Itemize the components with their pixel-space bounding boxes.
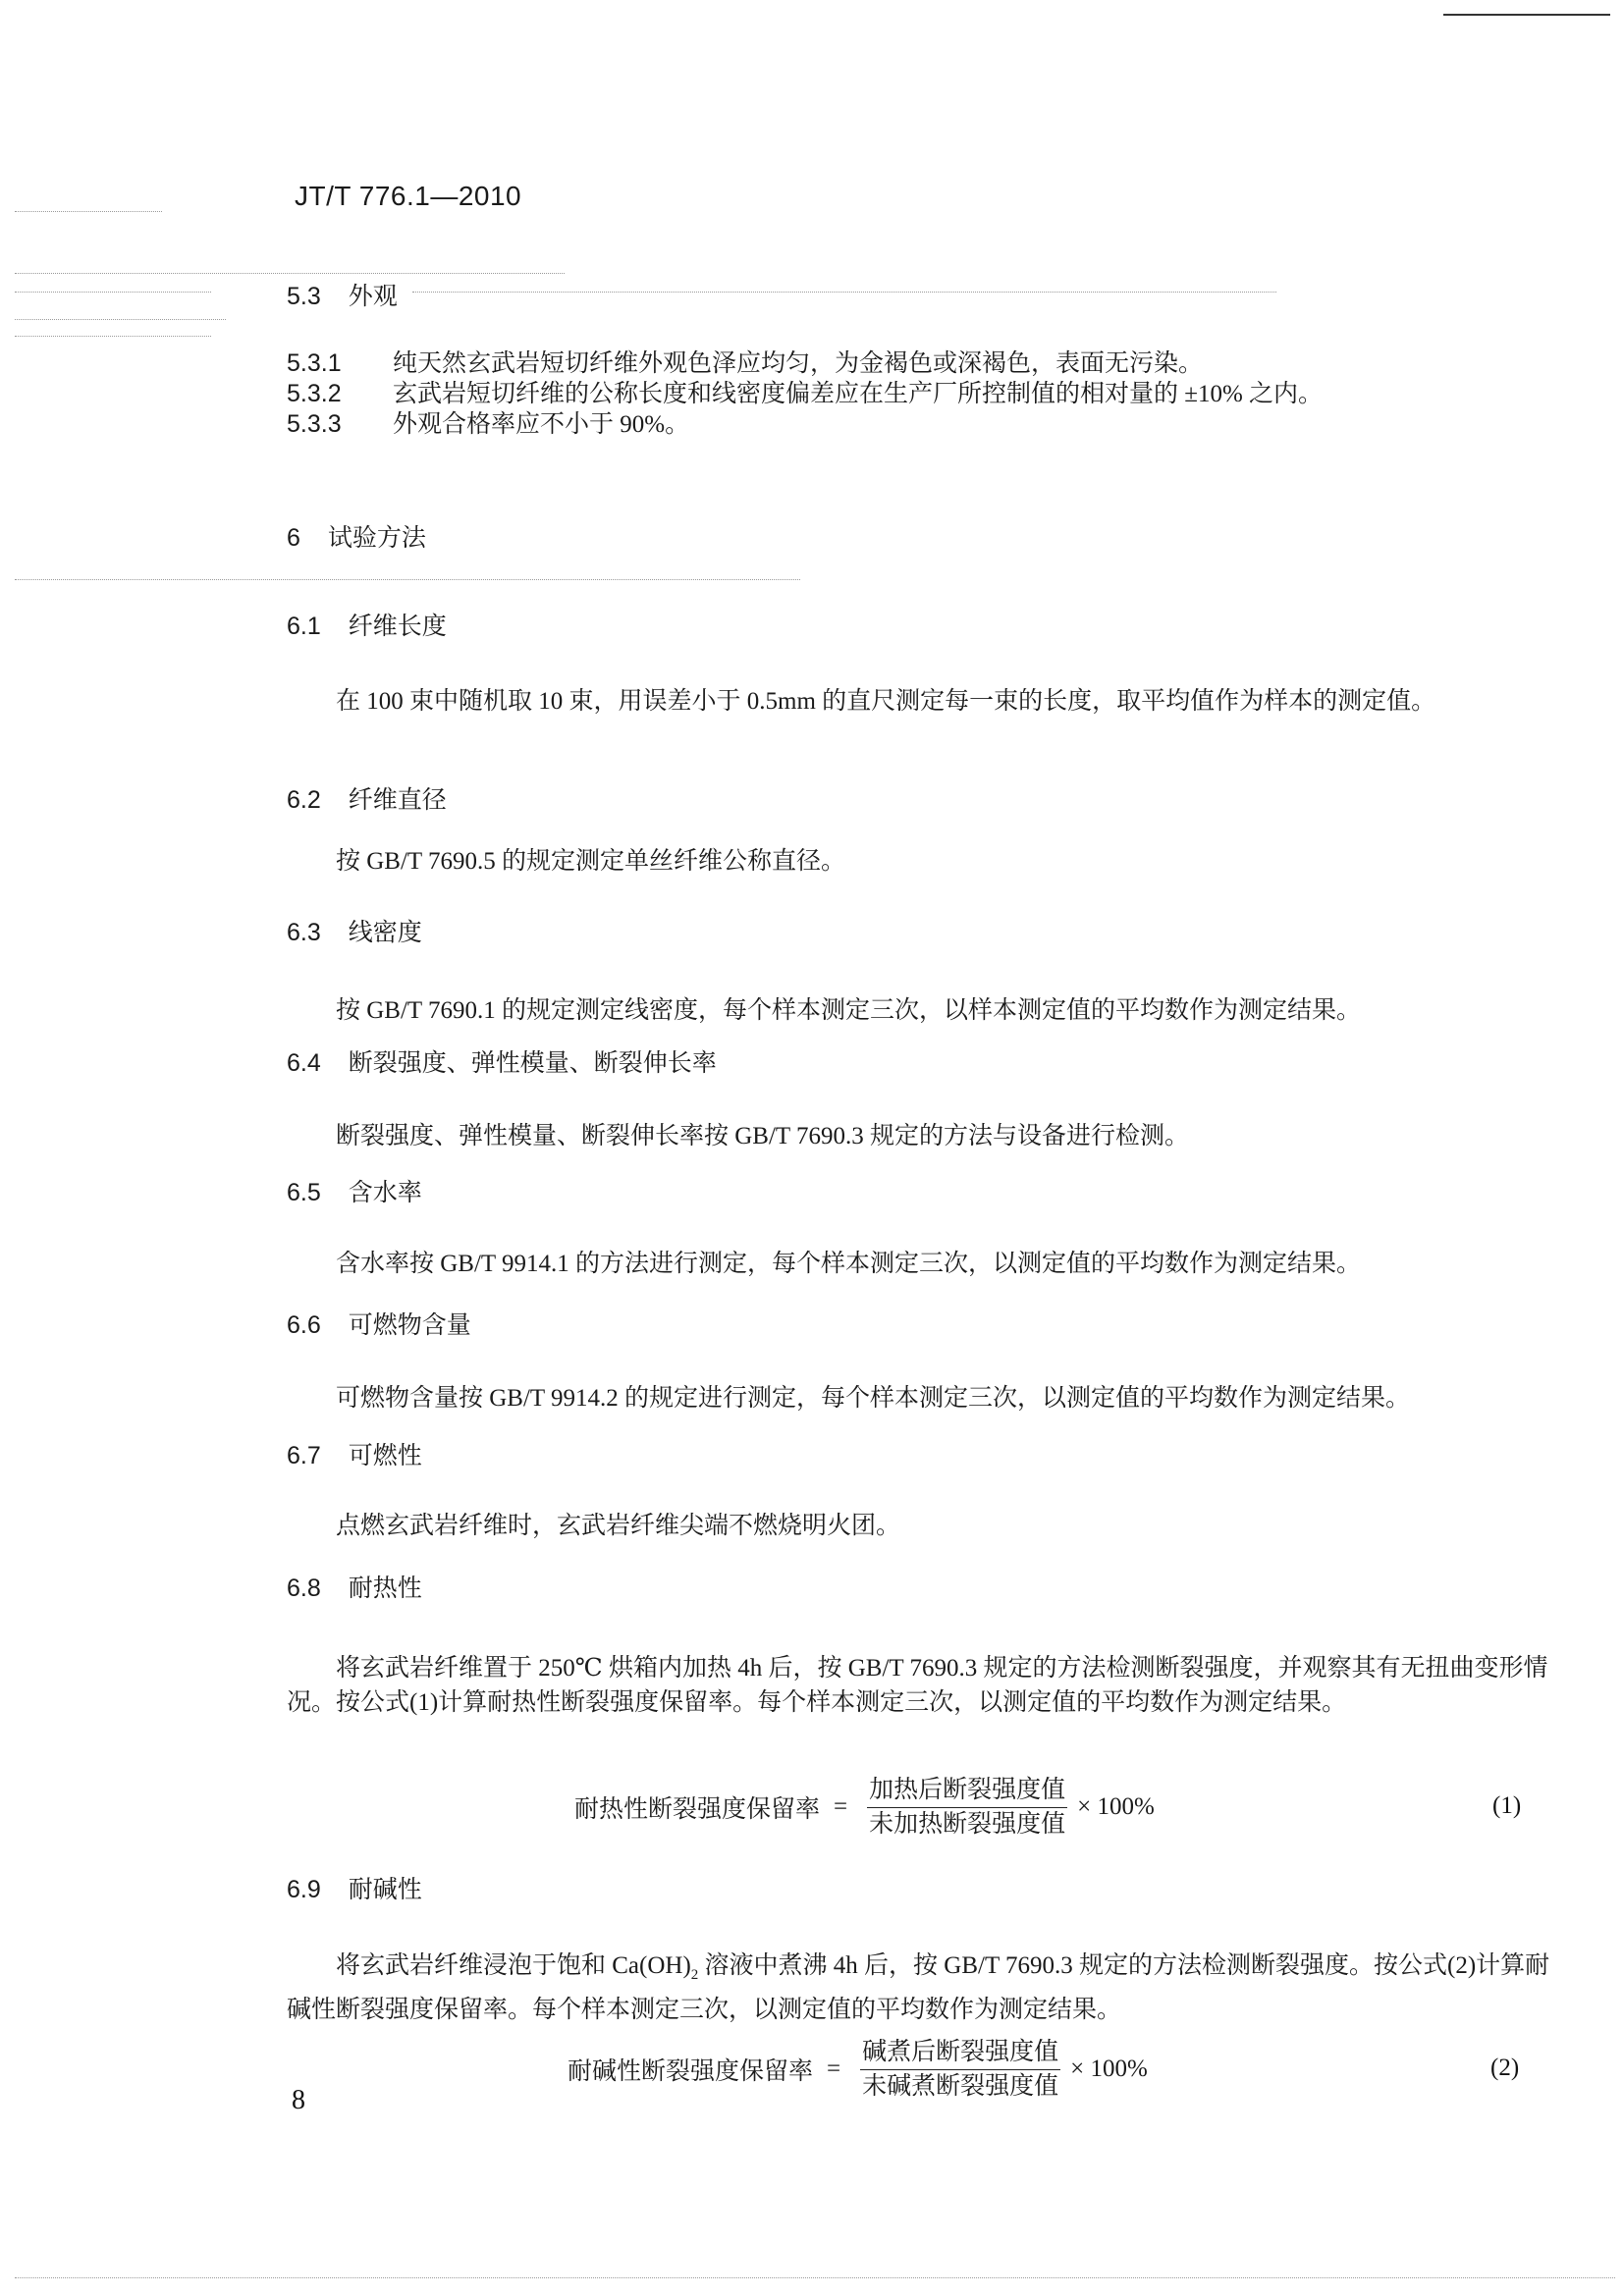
section-title: 线密度 xyxy=(349,919,422,946)
formula-factor: × 100% xyxy=(1070,2056,1148,2083)
scan-artifact xyxy=(412,292,1276,293)
clause-text: 玄武岩短切纤维的公称长度和线密度偏差应在生产厂所控制值的相对量的 ±10% 之内… xyxy=(393,381,1323,407)
paragraph-text: 断裂强度、弹性模量、断裂伸长率按 GB/T 7690.3 规定的方法与设备进行检… xyxy=(336,1123,1189,1149)
section-heading-6-8: 6.8耐热性 xyxy=(287,1569,422,1604)
page-number: 8 xyxy=(292,2085,305,2116)
numerator: 加热后断裂强度值 xyxy=(867,1776,1067,1808)
paragraph-6-3: 按 GB/T 7690.1 的规定测定线密度，每个样本测定三次，以样本测定值的平… xyxy=(287,993,1563,1028)
section-title: 耐热性 xyxy=(349,1575,422,1602)
document-code-header: JT/T 776.1—2010 xyxy=(295,181,521,212)
formula-lhs: 耐碱性断裂强度保留率 xyxy=(568,2052,813,2087)
scan-artifact xyxy=(15,292,211,293)
paragraph-6-6: 可燃物含量按 GB/T 9914.2 的规定进行测定，每个样本测定三次，以测定值… xyxy=(287,1381,1563,1415)
numerator: 碱煮后断裂强度值 xyxy=(860,2038,1060,2070)
section-heading-6-4: 6.4断裂强度、弹性模量、断裂伸长率 xyxy=(287,1043,717,1079)
section-title: 纤维长度 xyxy=(349,613,447,640)
section-heading-6-6: 6.6可燃物含量 xyxy=(287,1306,471,1341)
paragraph-6-1: 在 100 束中随机取 10 束，用误差小于 0.5mm 的直尺测定每一束的长度… xyxy=(287,684,1563,719)
equation-number-1: (1) xyxy=(1492,1792,1521,1820)
fraction: 碱煮后断裂强度值 未碱煮断裂强度值 xyxy=(860,2038,1060,2102)
scan-artifact xyxy=(15,2277,1615,2278)
scan-artifact xyxy=(15,211,162,212)
denominator: 未碱煮断裂强度值 xyxy=(862,2070,1058,2102)
section-title: 耐碱性 xyxy=(349,1876,422,1903)
paragraph-text: 含水率按 GB/T 9914.1 的方法进行测定，每个样本测定三次，以测定值的平… xyxy=(336,1251,1361,1277)
section-title: 断裂强度、弹性模量、断裂伸长率 xyxy=(349,1049,717,1077)
section-number: 6.3 xyxy=(287,919,321,947)
paragraph-6-8: 将玄武岩纤维置于 250℃ 烘箱内加热 4h 后，按 GB/T 7690.3 规… xyxy=(287,1651,1563,1720)
paragraph-text: 在 100 束中随机取 10 束，用误差小于 0.5mm 的直尺测定每一束的长度… xyxy=(336,688,1435,715)
section-number: 6.6 xyxy=(287,1311,321,1340)
paragraph-text-a: 将玄武岩纤维浸泡于饱和 Ca(OH) xyxy=(336,1952,691,1979)
paragraph-6-2: 按 GB/T 7690.5 的规定测定单丝纤维公称直径。 xyxy=(287,844,1563,879)
section-number: 6 xyxy=(287,524,300,553)
formula-2: 耐碱性断裂强度保留率 = 碱煮后断裂强度值 未碱煮断裂强度值 × 100% xyxy=(568,2034,1148,2105)
section-number: 6.2 xyxy=(287,786,321,815)
section-number: 6.5 xyxy=(287,1179,321,1207)
section-heading-6-5: 6.5含水率 xyxy=(287,1173,422,1208)
equation-number-2: (2) xyxy=(1490,2055,1519,2082)
paragraph-6-4: 断裂强度、弹性模量、断裂伸长率按 GB/T 7690.3 规定的方法与设备进行检… xyxy=(287,1119,1563,1153)
paragraph-text: 点燃玄武岩纤维时，玄武岩纤维尖端不燃烧明火团。 xyxy=(336,1513,900,1539)
section-heading-6: 6试验方法 xyxy=(287,518,426,554)
section-number: 6.9 xyxy=(287,1876,321,1904)
section-title: 外观 xyxy=(349,283,398,310)
section-heading-6-7: 6.7可燃性 xyxy=(287,1436,422,1471)
denominator: 未加热断裂强度值 xyxy=(869,1808,1065,1840)
paragraph-text: 将玄武岩纤维置于 250℃ 烘箱内加热 4h 后，按 GB/T 7690.3 规… xyxy=(287,1655,1547,1716)
paragraph-text: 可燃物含量按 GB/T 9914.2 的规定进行测定，每个样本测定三次，以测定值… xyxy=(336,1385,1410,1412)
section-title: 可燃物含量 xyxy=(349,1311,471,1339)
section-number: 6.4 xyxy=(287,1049,321,1078)
clause-text: 纯天然玄武岩短切纤维外观色泽应均匀，为金褐色或深褐色，表面无污染。 xyxy=(393,350,1203,377)
paragraph-6-7: 点燃玄武岩纤维时，玄武岩纤维尖端不燃烧明火团。 xyxy=(287,1509,1563,1543)
section-title: 纤维直径 xyxy=(349,786,447,814)
section-heading-6-9: 6.9耐碱性 xyxy=(287,1870,422,1905)
scan-artifact xyxy=(15,273,565,274)
section-heading-6-1: 6.1纤维长度 xyxy=(287,607,447,642)
section-number: 6.7 xyxy=(287,1442,321,1470)
paragraph-text: 按 GB/T 7690.5 的规定测定单丝纤维公称直径。 xyxy=(336,848,845,875)
section-title: 可燃性 xyxy=(349,1442,422,1469)
scan-artifact xyxy=(15,319,226,320)
section-title: 含水率 xyxy=(349,1179,422,1206)
equals-sign: = xyxy=(834,1793,847,1821)
section-heading-6-3: 6.3线密度 xyxy=(287,913,422,948)
paragraph-text: 按 GB/T 7690.1 的规定测定线密度，每个样本测定三次，以样本测定值的平… xyxy=(336,997,1361,1024)
scan-edge-line-top xyxy=(1443,14,1610,16)
scan-artifact xyxy=(15,336,211,337)
clause-5-3-3: 5.3.3外观合格率应不小于 90%。 xyxy=(287,404,689,440)
clause-number: 5.3.3 xyxy=(287,410,393,439)
paragraph-6-5: 含水率按 GB/T 9914.1 的方法进行测定，每个样本测定三次，以测定值的平… xyxy=(287,1247,1563,1281)
section-heading-6-2: 6.2纤维直径 xyxy=(287,780,447,816)
formula-1: 耐热性断裂强度保留率 = 加热后断裂强度值 未加热断裂强度值 × 100% xyxy=(574,1772,1155,1842)
scan-artifact xyxy=(15,579,800,580)
equals-sign: = xyxy=(827,2056,840,2083)
formula-lhs: 耐热性断裂强度保留率 xyxy=(574,1789,820,1825)
section-number: 6.8 xyxy=(287,1575,321,1603)
formula-factor: × 100% xyxy=(1077,1793,1155,1821)
section-number: 5.3 xyxy=(287,283,321,311)
paragraph-6-9: 将玄武岩纤维浸泡于饱和 Ca(OH)2 溶液中煮沸 4h 后，按 GB/T 76… xyxy=(287,1949,1563,2027)
section-number: 6.1 xyxy=(287,613,321,641)
section-heading-5-3: 5.3外观 xyxy=(287,277,398,312)
clause-text: 外观合格率应不小于 90%。 xyxy=(393,411,689,438)
fraction: 加热后断裂强度值 未加热断裂强度值 xyxy=(867,1776,1067,1840)
section-title: 试验方法 xyxy=(328,524,426,552)
